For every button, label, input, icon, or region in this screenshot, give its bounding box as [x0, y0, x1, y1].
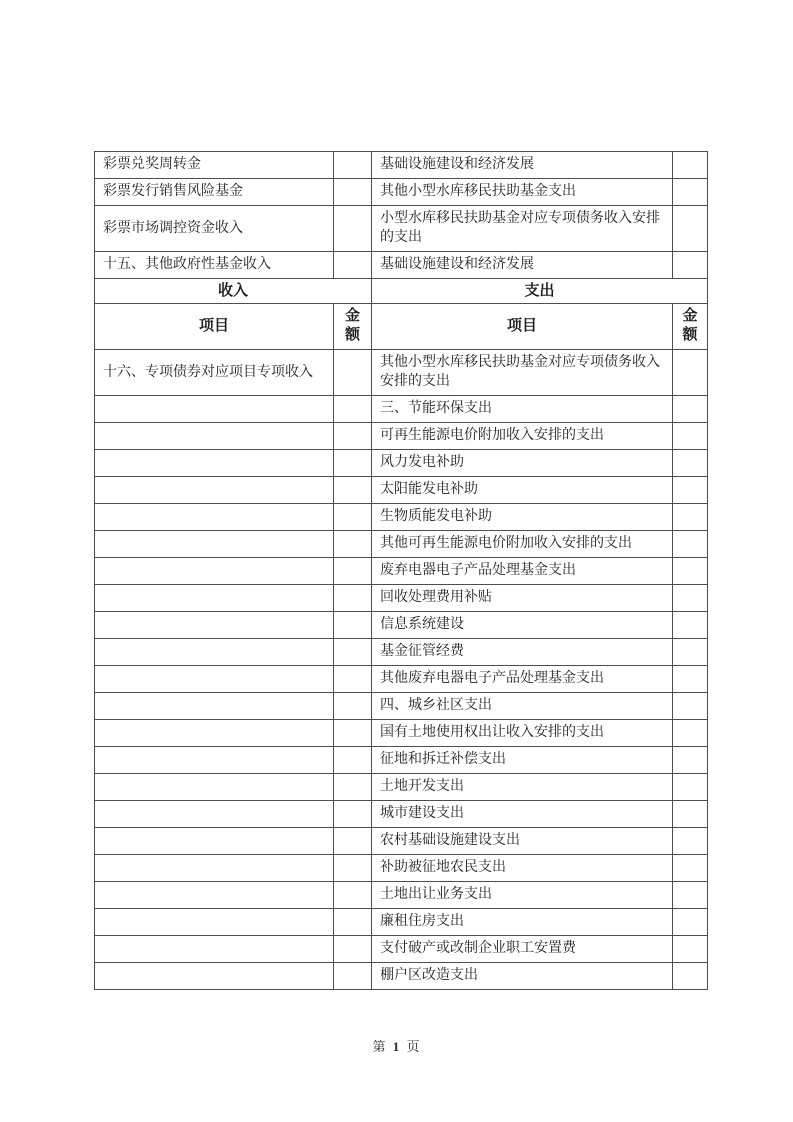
income-item-cell [95, 558, 334, 585]
income-item-cell [95, 882, 334, 909]
expense-amount-cell [673, 252, 708, 279]
income-amount-cell [334, 396, 372, 423]
expense-amount-cell [673, 747, 708, 774]
income-item-cell [95, 423, 334, 450]
expense-item-cell: 土地开发支出 [372, 774, 673, 801]
table-row: 十六、专项债券对应项目专项收入 其他小型水库移民扶助基金对应专项债务收入安排的支… [95, 350, 708, 396]
income-amount-cell [334, 828, 372, 855]
document-page: 彩票兑奖周转金 基础设施建设和经济发展 彩票发行销售风险基金 其他小型水库移民扶… [0, 0, 793, 1122]
expense-amount-cell [673, 936, 708, 963]
expense-amount-cell [673, 450, 708, 477]
table-row: 生物质能发电补助 [95, 504, 708, 531]
expense-item-cell: 其他小型水库移民扶助基金对应专项债务收入安排的支出 [372, 350, 673, 396]
expense-amount-cell [673, 350, 708, 396]
income-amount-cell [334, 882, 372, 909]
income-item-cell [95, 963, 334, 990]
income-amount-cell [334, 558, 372, 585]
expense-amount-cell [673, 828, 708, 855]
income-item-cell [95, 855, 334, 882]
table-row: 回收处理费用补贴 [95, 585, 708, 612]
income-item-cell [95, 585, 334, 612]
expense-item-column-header: 项目 [372, 304, 673, 350]
table-row: 农村基础设施建设支出 [95, 828, 708, 855]
rows-above-section-header: 彩票兑奖周转金 基础设施建设和经济发展 彩票发行销售风险基金 其他小型水库移民扶… [95, 152, 708, 279]
income-amount-cell [334, 152, 372, 179]
income-amount-cell [334, 350, 372, 396]
table-row: 彩票发行销售风险基金 其他小型水库移民扶助基金支出 [95, 179, 708, 206]
income-amount-cell [334, 477, 372, 504]
income-amount-column-header: 金额 [334, 304, 372, 350]
table-row: 土地开发支出 [95, 774, 708, 801]
income-item-cell [95, 720, 334, 747]
income-item-cell [95, 693, 334, 720]
income-item-cell: 彩票发行销售风险基金 [95, 179, 334, 206]
table-row: 彩票市场调控资金收入 小型水库移民扶助基金对应专项债务收入安排的支出 [95, 206, 708, 252]
income-amount-cell [334, 423, 372, 450]
expense-amount-cell [673, 423, 708, 450]
income-amount-cell [334, 612, 372, 639]
table-row: 可再生能源电价附加收入安排的支出 [95, 423, 708, 450]
table-row: 征地和拆迁补偿支出 [95, 747, 708, 774]
expense-amount-cell [673, 206, 708, 252]
income-amount-cell [334, 179, 372, 206]
expense-item-cell: 其他废弃电器电子产品处理基金支出 [372, 666, 673, 693]
expense-amount-cell [673, 477, 708, 504]
income-amount-cell [334, 206, 372, 252]
expense-section-header: 支出 [372, 279, 708, 304]
expense-item-cell: 基金征管经费 [372, 639, 673, 666]
expense-item-cell: 农村基础设施建设支出 [372, 828, 673, 855]
income-amount-cell [334, 252, 372, 279]
table-row: 其他可再生能源电价附加收入安排的支出 [95, 531, 708, 558]
table-row: 废弃电器电子产品处理基金支出 [95, 558, 708, 585]
budget-table: 彩票兑奖周转金 基础设施建设和经济发展 彩票发行销售风险基金 其他小型水库移民扶… [94, 151, 708, 990]
income-item-cell [95, 747, 334, 774]
income-item-cell: 彩票市场调控资金收入 [95, 206, 334, 252]
table-row: 三、节能环保支出 [95, 396, 708, 423]
income-item-cell: 十五、其他政府性基金收入 [95, 252, 334, 279]
table-row: 支付破产或改制企业职工安置费 [95, 936, 708, 963]
expense-amount-cell [673, 152, 708, 179]
expense-amount-cell [673, 396, 708, 423]
expense-amount-cell [673, 882, 708, 909]
income-amount-cell [334, 963, 372, 990]
income-item-cell [95, 639, 334, 666]
table-row: 国有土地使用权出让收入安排的支出 [95, 720, 708, 747]
table-row: 十五、其他政府性基金收入 基础设施建设和经济发展 [95, 252, 708, 279]
income-amount-cell [334, 720, 372, 747]
income-amount-cell [334, 909, 372, 936]
income-amount-cell [334, 639, 372, 666]
page-footer: 第 1 页 [0, 1036, 793, 1055]
income-item-cell [95, 801, 334, 828]
income-amount-cell [334, 585, 372, 612]
table-row: 城市建设支出 [95, 801, 708, 828]
table-row: 其他废弃电器电子产品处理基金支出 [95, 666, 708, 693]
expense-item-cell: 废弃电器电子产品处理基金支出 [372, 558, 673, 585]
expense-item-cell: 三、节能环保支出 [372, 396, 673, 423]
income-amount-cell [334, 855, 372, 882]
header-rows: 收入 支出 项目 金额 项目 金额 [95, 279, 708, 350]
page-footer-suffix: 页 [407, 1039, 421, 1054]
income-item-column-header: 项目 [95, 304, 334, 350]
expense-amount-cell [673, 558, 708, 585]
income-item-cell: 彩票兑奖周转金 [95, 152, 334, 179]
income-item-cell [95, 612, 334, 639]
table-row: 四、城乡社区支出 [95, 693, 708, 720]
income-amount-cell [334, 450, 372, 477]
income-item-cell [95, 531, 334, 558]
income-item-cell [95, 909, 334, 936]
expense-item-cell: 征地和拆迁补偿支出 [372, 747, 673, 774]
table-row: 信息系统建设 [95, 612, 708, 639]
expense-amount-cell [673, 612, 708, 639]
page-number: 1 [391, 1039, 403, 1054]
income-amount-cell [334, 747, 372, 774]
expense-item-cell: 基础设施建设和经济发展 [372, 252, 673, 279]
expense-item-cell: 四、城乡社区支出 [372, 693, 673, 720]
table-row: 基金征管经费 [95, 639, 708, 666]
expense-item-cell: 生物质能发电补助 [372, 504, 673, 531]
income-item-cell: 十六、专项债券对应项目专项收入 [95, 350, 334, 396]
income-item-cell [95, 477, 334, 504]
expense-item-cell: 廉租住房支出 [372, 909, 673, 936]
expense-item-cell: 其他小型水库移民扶助基金支出 [372, 179, 673, 206]
table-row: 彩票兑奖周转金 基础设施建设和经济发展 [95, 152, 708, 179]
income-item-cell [95, 450, 334, 477]
income-amount-cell [334, 774, 372, 801]
expense-amount-cell [673, 504, 708, 531]
income-item-cell [95, 936, 334, 963]
expense-amount-cell [673, 963, 708, 990]
table-row: 土地出让业务支出 [95, 882, 708, 909]
expense-item-cell: 国有土地使用权出让收入安排的支出 [372, 720, 673, 747]
expense-amount-cell [673, 585, 708, 612]
expense-amount-cell [673, 693, 708, 720]
page-footer-prefix: 第 [372, 1039, 386, 1054]
expense-amount-cell [673, 801, 708, 828]
expense-item-cell: 风力发电补助 [372, 450, 673, 477]
income-item-cell [95, 774, 334, 801]
expense-item-cell: 土地出让业务支出 [372, 882, 673, 909]
income-amount-cell [334, 531, 372, 558]
income-amount-cell [334, 666, 372, 693]
expense-amount-cell [673, 531, 708, 558]
expense-item-cell: 支付破产或改制企业职工安置费 [372, 936, 673, 963]
expense-amount-cell [673, 179, 708, 206]
table-row: 棚户区改造支出 [95, 963, 708, 990]
expense-amount-cell [673, 774, 708, 801]
expense-item-cell: 太阳能发电补助 [372, 477, 673, 504]
income-item-cell [95, 828, 334, 855]
expense-item-cell: 棚户区改造支出 [372, 963, 673, 990]
income-amount-cell [334, 504, 372, 531]
expense-amount-cell [673, 909, 708, 936]
expense-item-cell: 补助被征地农民支出 [372, 855, 673, 882]
section-header-row: 收入 支出 [95, 279, 708, 304]
expense-item-cell: 其他可再生能源电价附加收入安排的支出 [372, 531, 673, 558]
expense-amount-column-header: 金额 [673, 304, 708, 350]
expense-item-cell: 可再生能源电价附加收入安排的支出 [372, 423, 673, 450]
table-row: 风力发电补助 [95, 450, 708, 477]
expense-amount-cell [673, 855, 708, 882]
income-section-header: 收入 [95, 279, 372, 304]
table-row: 太阳能发电补助 [95, 477, 708, 504]
expense-item-cell: 信息系统建设 [372, 612, 673, 639]
table-row: 补助被征地农民支出 [95, 855, 708, 882]
income-amount-cell [334, 936, 372, 963]
expense-item-cell: 小型水库移民扶助基金对应专项债务收入安排的支出 [372, 206, 673, 252]
income-amount-cell [334, 693, 372, 720]
income-item-cell [95, 666, 334, 693]
expense-amount-cell [673, 720, 708, 747]
income-item-cell [95, 504, 334, 531]
expense-amount-cell [673, 639, 708, 666]
rows-below-section-header: 十六、专项债券对应项目专项收入 其他小型水库移民扶助基金对应专项债务收入安排的支… [95, 350, 708, 990]
income-item-cell [95, 396, 334, 423]
column-header-row: 项目 金额 项目 金额 [95, 304, 708, 350]
income-amount-cell [334, 801, 372, 828]
expense-amount-cell [673, 666, 708, 693]
expense-item-cell: 回收处理费用补贴 [372, 585, 673, 612]
expense-item-cell: 基础设施建设和经济发展 [372, 152, 673, 179]
expense-item-cell: 城市建设支出 [372, 801, 673, 828]
table-row: 廉租住房支出 [95, 909, 708, 936]
